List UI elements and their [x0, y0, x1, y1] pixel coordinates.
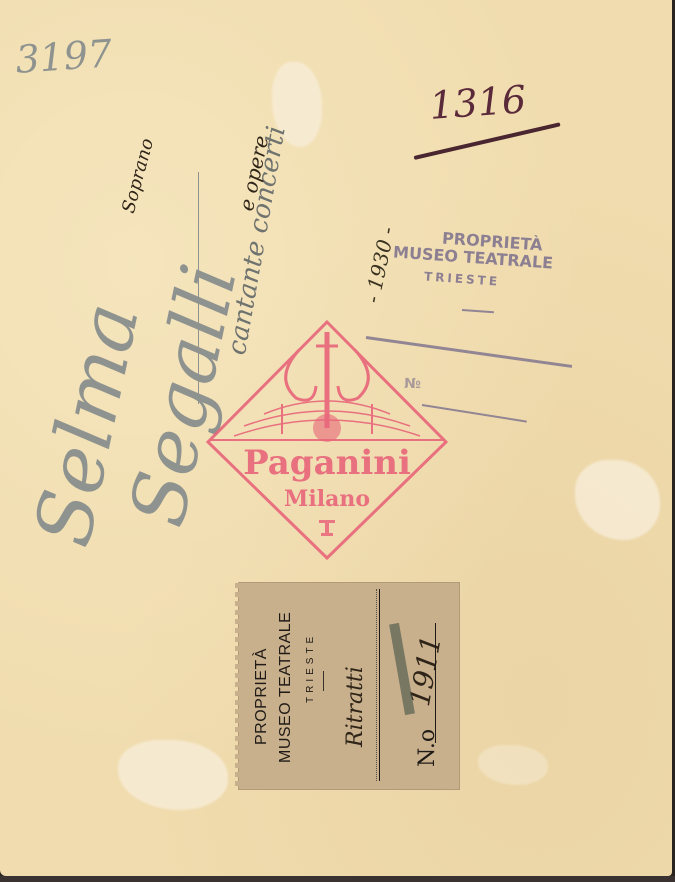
- underline: [414, 122, 561, 160]
- paper-scuff: [118, 740, 228, 810]
- label-dash: [323, 671, 324, 691]
- label-perforation: [235, 583, 241, 789]
- stamp-dash: [462, 309, 494, 313]
- catalog-number: 3197: [14, 31, 114, 82]
- paper-scuff: [575, 460, 660, 540]
- label-line-1: PROPRIETÀ: [253, 648, 271, 745]
- label-rule-1: [379, 589, 380, 781]
- label-dotted-rule: [376, 589, 377, 781]
- voice-type: Soprano: [118, 136, 158, 215]
- label-rule-2: [435, 623, 436, 743]
- photographer-name: Paganini: [243, 443, 411, 483]
- paper-scuff: [478, 745, 548, 785]
- year: - 1930 -: [360, 225, 400, 305]
- pencil-rule: [198, 172, 199, 404]
- card-edge-shadow: [0, 876, 675, 882]
- inventory-number: 1316: [428, 77, 528, 128]
- label-line-3: TRIESTE: [305, 633, 316, 703]
- museum-stamp-line-3: TRIESTE: [424, 269, 501, 288]
- photographer-stamp: Paganini Milano: [204, 318, 450, 562]
- photo-card-back: 3197 1316 Selma Segalli Soprano cantante…: [0, 0, 672, 876]
- label-number-label: N.o: [415, 729, 440, 767]
- label-category: Ritratti: [343, 666, 368, 747]
- photographer-city: Milano: [284, 486, 370, 512]
- museum-label: PROPRIETÀ MUSEO TEATRALE TRIESTE Ritratt…: [238, 582, 460, 790]
- label-line-2: MUSEO TEATRALE: [277, 612, 295, 763]
